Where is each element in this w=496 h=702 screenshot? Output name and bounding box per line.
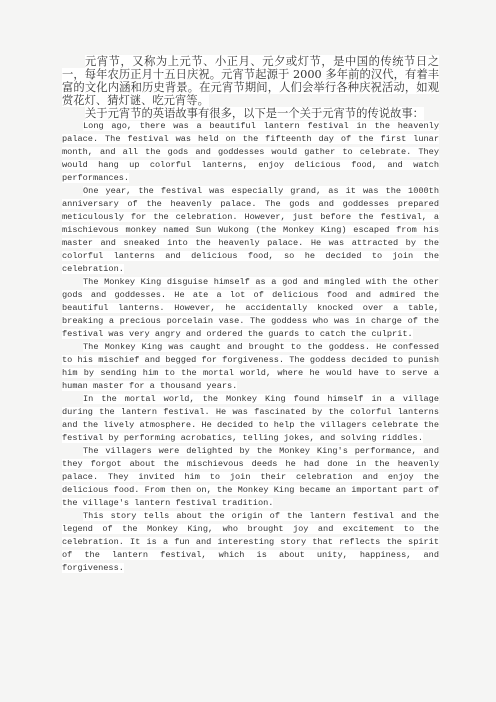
paragraph-text: Long ago, there was a beautiful lantern … (62, 121, 439, 183)
paragraph-story-lead-zh: 关于元宵节的英语故事有很多，以下是一个关于元宵节的传说故事： (62, 107, 439, 120)
paragraph-story-2: One year, the festival was especially gr… (62, 185, 439, 276)
paragraph-text: One year, the festival was especially gr… (62, 186, 439, 274)
paragraph-text: In the mortal world, the Monkey King fou… (62, 394, 439, 443)
paragraph-festival-intro-zh: 元宵节，又称为上元节、小正月、元夕或灯节，是中国的传统节日之一，每年农历正月十五… (62, 55, 439, 107)
paragraph-story-1: Long ago, there was a beautiful lantern … (62, 120, 439, 185)
document-page: 元宵节，又称为上元节、小正月、元夕或灯节，是中国的传统节日之一，每年农历正月十五… (0, 0, 496, 702)
paragraph-story-7: This story tells about the origin of the… (62, 510, 439, 575)
paragraph-story-4: The Monkey King was caught and brought t… (62, 341, 439, 393)
paragraph-story-5: In the mortal world, the Monkey King fou… (62, 393, 439, 445)
paragraph-text: This story tells about the origin of the… (62, 511, 439, 573)
paragraph-text: The Monkey King was caught and brought t… (62, 342, 439, 391)
paragraph-text: The Monkey King disguise himself as a go… (62, 277, 439, 339)
paragraph-text: 元宵节，又称为上元节、小正月、元夕或灯节，是中国的传统节日之一，每年农历正月十五… (62, 55, 439, 107)
paragraph-text: The villagers were delighted by the Monk… (62, 446, 439, 508)
paragraph-text: 关于元宵节的英语故事有很多，以下是一个关于元宵节的传说故事： (85, 107, 424, 120)
paragraph-story-6: The villagers were delighted by the Monk… (62, 445, 439, 510)
paragraph-story-3: The Monkey King disguise himself as a go… (62, 276, 439, 341)
text-body: 元宵节，又称为上元节、小正月、元夕或灯节，是中国的传统节日之一，每年农历正月十五… (62, 55, 439, 575)
